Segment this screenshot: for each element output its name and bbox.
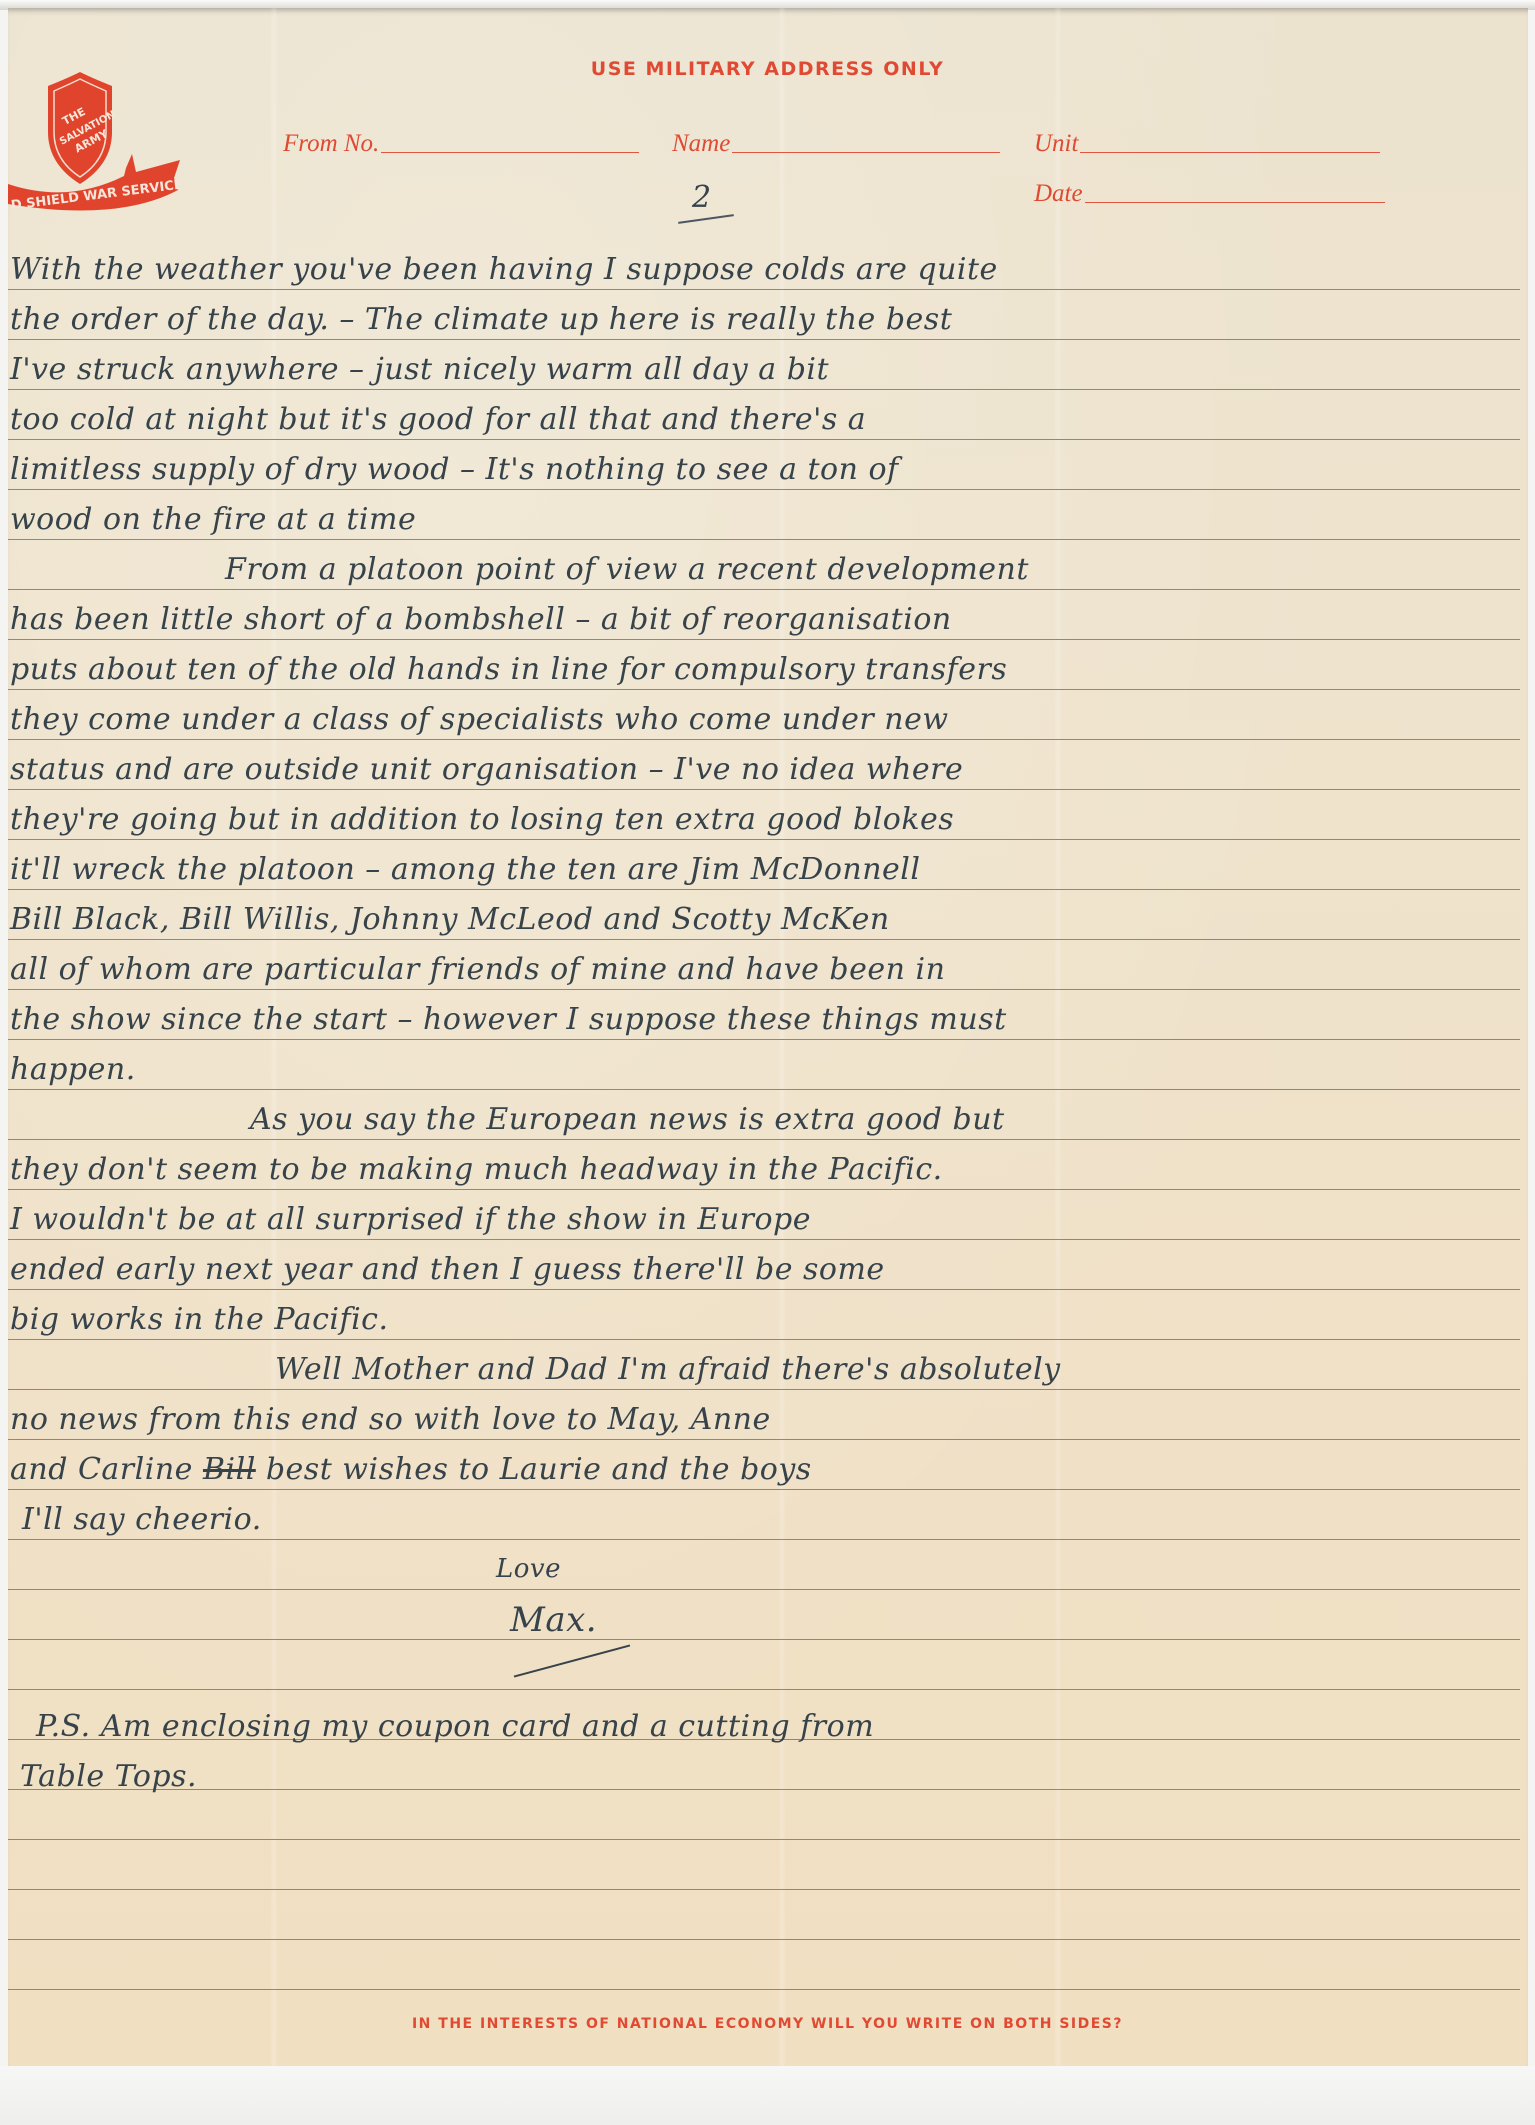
ruled-line [8, 1689, 1520, 1690]
scan-bottom-margin [0, 2066, 1535, 2125]
letter-line: it'll wreck the platoon – among the ten … [10, 852, 920, 887]
ruled-line [8, 1239, 1520, 1240]
salvation-army-red-shield-logo: THE SALVATION ARMY D SHIELD WAR SERVICES [8, 72, 180, 212]
ruled-line [8, 1789, 1520, 1790]
ruled-line [8, 739, 1520, 740]
ruled-line [8, 589, 1520, 590]
ruled-line [8, 1089, 1520, 1090]
letter-line: Well Mother and Dad I'm afraid there's a… [275, 1352, 1061, 1387]
letter-line: I'll say cheerio. [22, 1502, 262, 1537]
letterhead-title: USE MILITARY ADDRESS ONLY [0, 58, 1535, 80]
unit-input-line[interactable] [1080, 152, 1380, 153]
date-label: Date [1034, 180, 1083, 208]
postscript-line: P.S. Am enclosing my coupon card and a c… [36, 1709, 874, 1744]
letter-line-text: and Carline [10, 1452, 193, 1487]
letter-line-text: best wishes to Laurie and the boys [266, 1452, 812, 1487]
ruled-line [8, 639, 1520, 640]
ruled-line [8, 889, 1520, 890]
ruled-line [8, 1939, 1520, 1940]
name-input-line[interactable] [732, 152, 1000, 153]
ruled-line [8, 1139, 1520, 1140]
postscript-line: Table Tops. [20, 1759, 197, 1794]
ruled-line [8, 439, 1520, 440]
letter-line: they don't seem to be making much headwa… [10, 1152, 943, 1187]
fold-crease [1054, 8, 1062, 2066]
letter-line: too cold at night but it's good for all … [10, 402, 866, 437]
signature: Max. [510, 1600, 597, 1640]
letter-line: limitless supply of dry wood – It's noth… [10, 452, 899, 487]
ruled-line [8, 989, 1520, 990]
ruled-line [8, 289, 1520, 290]
ruled-line [8, 389, 1520, 390]
closing-love: Love [496, 1554, 561, 1584]
letter-line: big works in the Pacific. [10, 1302, 389, 1337]
letter-line: has been little short of a bombshell – a… [10, 602, 952, 637]
ruled-line [8, 1889, 1520, 1890]
letter-line: I wouldn't be at all surprised if the sh… [10, 1202, 811, 1237]
letter-line: From a platoon point of view a recent de… [225, 552, 1029, 587]
ruled-line [8, 1189, 1520, 1190]
letter-line: the order of the day. – The climate up h… [10, 302, 952, 337]
letter-line: With the weather you've been having I su… [10, 252, 998, 287]
ruled-line [8, 1289, 1520, 1290]
letter-line: they're going but in addition to losing … [10, 802, 954, 837]
ruled-line [8, 789, 1520, 790]
ruled-line [8, 689, 1520, 690]
ruled-line [8, 1989, 1520, 1990]
ruled-line [8, 839, 1520, 840]
struck-out-word: Bill [203, 1452, 256, 1487]
ruled-line [8, 489, 1520, 490]
footer-economy-notice: IN THE INTERESTS OF NATIONAL ECONOMY WIL… [0, 2016, 1535, 2032]
ruled-line [8, 939, 1520, 940]
ruled-line [8, 1489, 1520, 1490]
ruled-line [8, 1839, 1520, 1840]
ruled-line [8, 339, 1520, 340]
unit-label: Unit [1034, 130, 1078, 158]
page-number: 2 [692, 180, 711, 215]
name-label: Name [672, 130, 730, 158]
ruled-line [8, 1539, 1520, 1540]
ruled-line [8, 1589, 1520, 1590]
shield-icon: THE SALVATION ARMY [48, 72, 117, 184]
letter-line: ended early next year and then I guess t… [10, 1252, 885, 1287]
name-field[interactable]: Name [672, 130, 1000, 158]
letter-line: status and are outside unit organisation… [10, 752, 963, 787]
letter-line: As you say the European news is extra go… [250, 1102, 1005, 1137]
from-no-field[interactable]: From No. [283, 130, 639, 158]
ruled-line [8, 539, 1520, 540]
ruled-line [8, 1389, 1520, 1390]
unit-field[interactable]: Unit [1034, 130, 1380, 158]
date-input-line[interactable] [1085, 202, 1385, 203]
letter-line: I've struck anywhere – just nicely warm … [10, 352, 829, 387]
letter-line: puts about ten of the old hands in line … [10, 652, 1007, 687]
letter-line: Bill Black, Bill Willis, Johnny McLeod a… [10, 902, 890, 937]
from-no-input-line[interactable] [381, 152, 639, 153]
letter-line: happen. [10, 1052, 136, 1087]
ruled-line [8, 1639, 1520, 1640]
ruled-line [8, 1439, 1520, 1440]
ruled-line [8, 1339, 1520, 1340]
date-field[interactable]: Date [1034, 180, 1385, 208]
letter-line: the show since the start – however I sup… [10, 1002, 1007, 1037]
letter-line: they come under a class of specialists w… [10, 702, 949, 737]
letter-line: no news from this end so with love to Ma… [10, 1402, 771, 1437]
letter-line: all of whom are particular friends of mi… [10, 952, 945, 987]
ruled-line [8, 1039, 1520, 1040]
letter-line: wood on the fire at a time [10, 502, 416, 537]
from-no-label: From No. [283, 130, 379, 158]
letter-line: and Carline Bill best wishes to Laurie a… [10, 1452, 812, 1487]
